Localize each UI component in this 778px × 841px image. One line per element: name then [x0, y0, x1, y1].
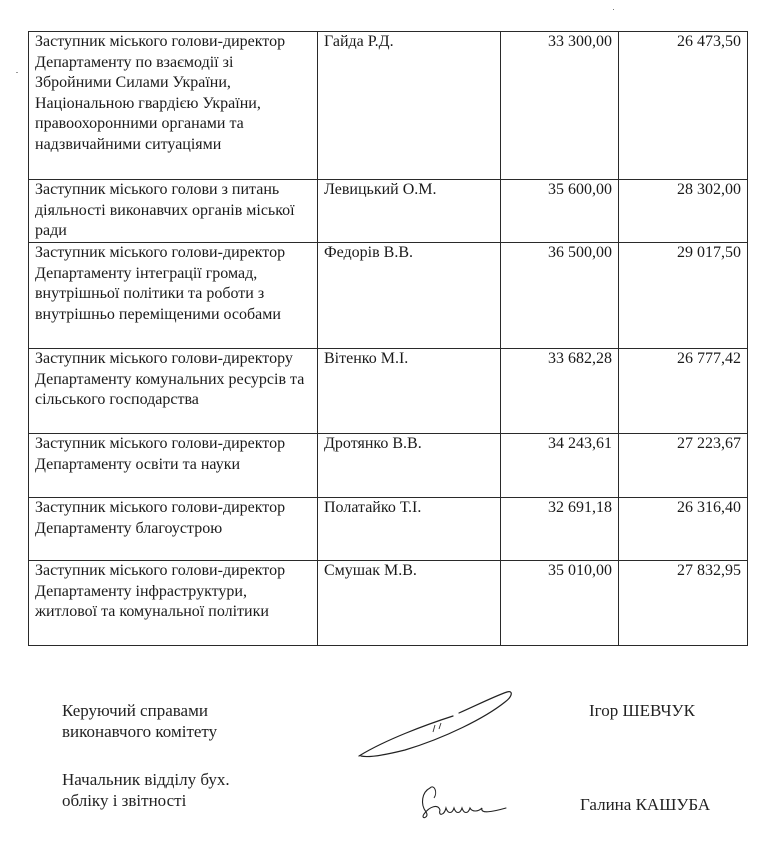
signatory-title-line: обліку і звітності — [62, 790, 230, 811]
scan-artifact — [613, 9, 614, 10]
handwritten-signature-icon — [416, 782, 516, 822]
amount-1-cell: 34 243,61 — [501, 434, 619, 498]
position-cell: Заступник міського голови-директор Депар… — [29, 498, 318, 561]
name-cell: Полатайко Т.І. — [318, 498, 501, 561]
signatory-name-1: Ігор ШЕВЧУК — [589, 700, 695, 721]
amount-2-cell: 29 017,50 — [619, 243, 748, 349]
document-page: Заступник міського голови-директор Депар… — [0, 0, 778, 841]
amount-1-cell: 35 010,00 — [501, 561, 619, 646]
amount-2-cell: 27 223,67 — [619, 434, 748, 498]
table-row: Заступник міського голови-директору Депа… — [29, 349, 748, 434]
table-row: Заступник міського голови-директор Депар… — [29, 498, 748, 561]
amount-2-cell: 26 473,50 — [619, 32, 748, 180]
amount-1-cell: 33 300,00 — [501, 32, 619, 180]
position-cell: Заступник міського голови-директору Депа… — [29, 349, 318, 434]
table-row: Заступник міського голови-директор Депар… — [29, 434, 748, 498]
position-cell: Заступник міського голови-директор Депар… — [29, 243, 318, 349]
amount-2-cell: 27 832,95 — [619, 561, 748, 646]
name-cell: Дротянко В.В. — [318, 434, 501, 498]
amount-1-cell: 32 691,18 — [501, 498, 619, 561]
name-cell: Смушак М.В. — [318, 561, 501, 646]
table-row: Заступник міського голови-директор Депар… — [29, 32, 748, 180]
name-cell: Гайда Р.Д. — [318, 32, 501, 180]
table-row: Заступник міського голови з питань діяль… — [29, 180, 748, 243]
position-cell: Заступник міського голови-директор Депар… — [29, 434, 318, 498]
signatory-title-line: Начальник відділу бух. — [62, 769, 230, 790]
handwritten-signature-icon — [355, 680, 515, 760]
amount-1-cell: 33 682,28 — [501, 349, 619, 434]
name-cell: Левицький О.М. — [318, 180, 501, 243]
position-cell: Заступник міського голови-директор Депар… — [29, 32, 318, 180]
position-cell: Заступник міського голови з питань діяль… — [29, 180, 318, 243]
salary-table: Заступник міського голови-директор Депар… — [28, 31, 748, 646]
amount-2-cell: 26 777,42 — [619, 349, 748, 434]
scan-artifact — [16, 72, 18, 73]
amount-2-cell: 26 316,40 — [619, 498, 748, 561]
name-cell: Вітенко М.І. — [318, 349, 501, 434]
amount-2-cell: 28 302,00 — [619, 180, 748, 243]
position-cell: Заступник міського голови-директор Депар… — [29, 561, 318, 646]
signatory-name-2: Галина КАШУБА — [580, 794, 710, 815]
signatory-title-line: виконавчого комітету — [62, 721, 217, 742]
signatory-title-line: Керуючий справами — [62, 700, 217, 721]
amount-1-cell: 36 500,00 — [501, 243, 619, 349]
table-row: Заступник міського голови-директор Депар… — [29, 561, 748, 646]
signatory-title-1: Керуючий справами виконавчого комітету — [62, 700, 217, 742]
table-row: Заступник міського голови-директор Депар… — [29, 243, 748, 349]
amount-1-cell: 35 600,00 — [501, 180, 619, 243]
name-cell: Федорів В.В. — [318, 243, 501, 349]
signatory-title-2: Начальник відділу бух. обліку і звітност… — [62, 769, 230, 811]
